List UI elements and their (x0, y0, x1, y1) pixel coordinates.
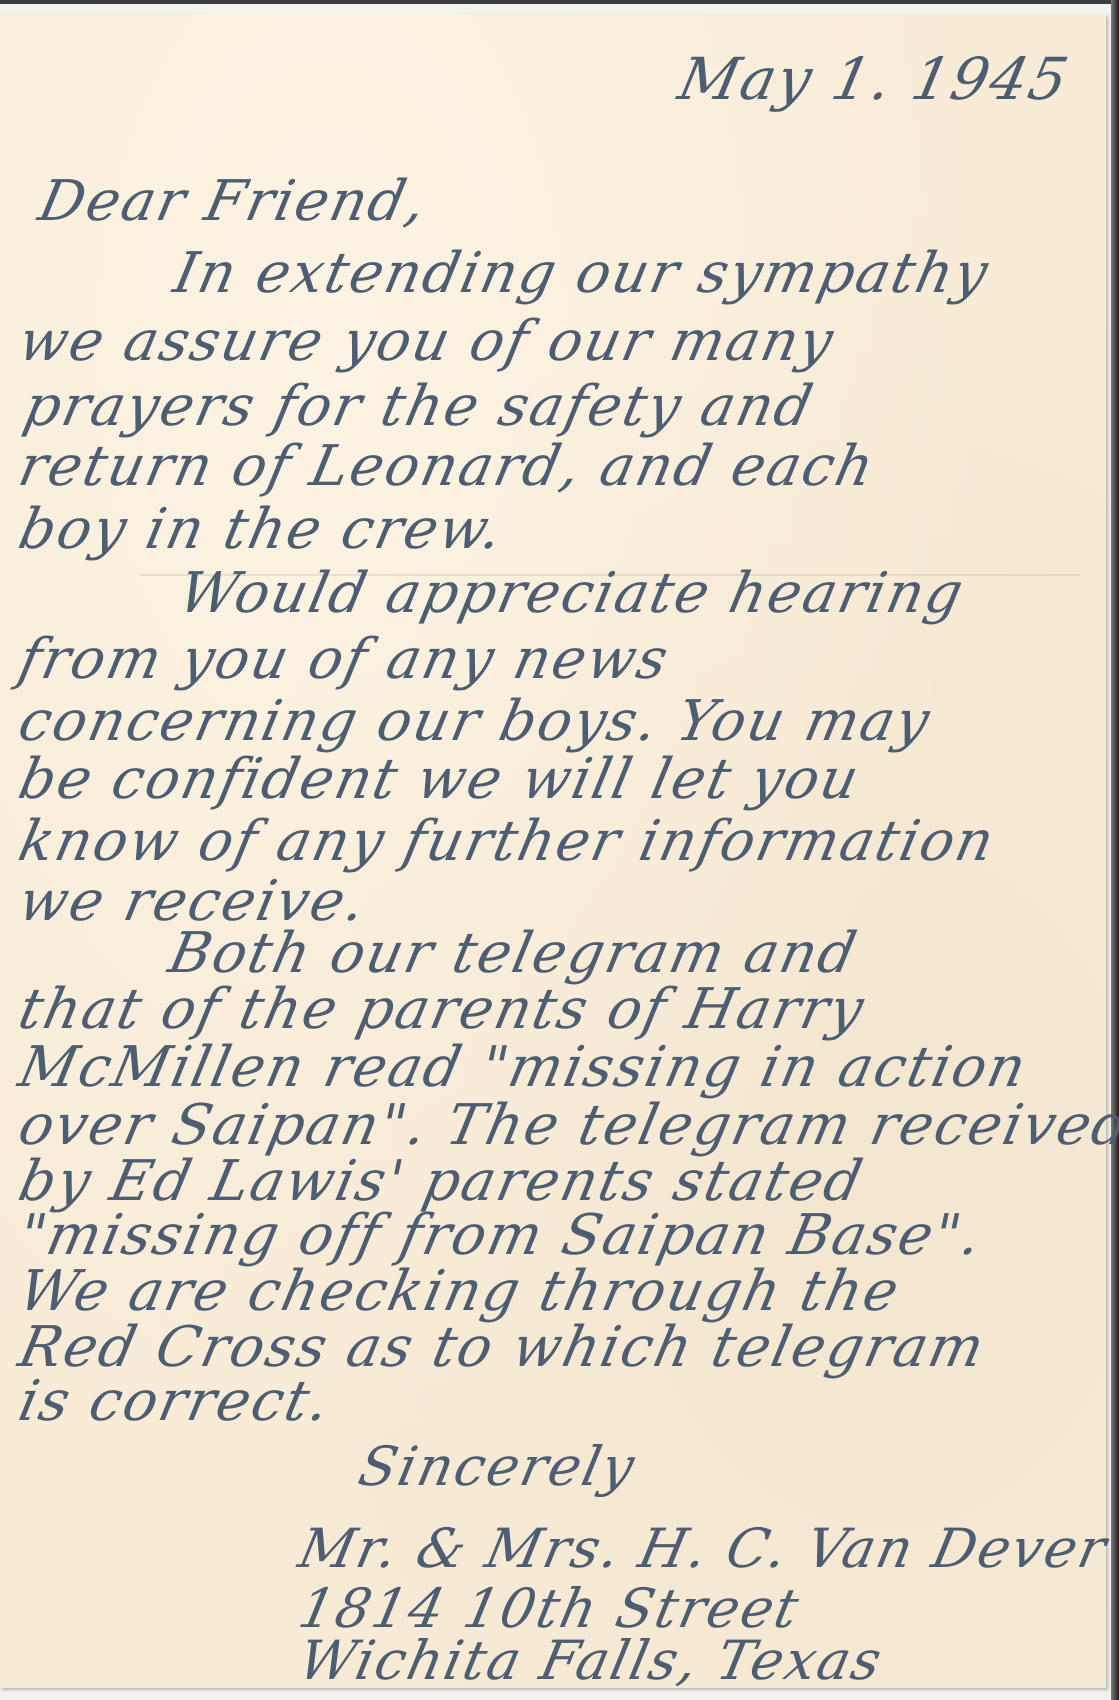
body-line: We are checking through the (14, 1264, 905, 1320)
body-line: be confident we will let you (14, 752, 865, 808)
body-line: Both our telegram and (164, 926, 862, 982)
address-street: 1814 10th Street (294, 1582, 805, 1636)
body-line: "missing off from Saipan Base". (14, 1208, 988, 1264)
body-line: concerning our boys. You may (14, 694, 936, 750)
body-line: boy in the crew. (14, 502, 509, 558)
body-line: from you of any news (14, 632, 674, 688)
closing: Sincerely (354, 1440, 640, 1494)
body-line: prayers for the safety and (19, 379, 819, 435)
body-line: we assure you of our many (14, 314, 839, 370)
address-city: Wichita Falls, Texas (294, 1634, 887, 1688)
body-line: return of Leonard, and each (14, 439, 880, 495)
letter-date: May 1. 1945 (674, 50, 1075, 108)
body-line: by Ed Lawis' parents stated (14, 1154, 868, 1210)
body-line: know of any further information (14, 814, 1000, 870)
body-line: is correct. (14, 1374, 336, 1430)
salutation: Dear Friend, (34, 174, 432, 230)
body-line: over Saipan". The telegram received (14, 1098, 1119, 1154)
scan-right-edge (1111, 0, 1119, 1700)
body-line: that of the parents of Harry (14, 982, 870, 1038)
scan-top-edge (0, 0, 1119, 4)
body-line: McMillen read "missing in action (14, 1040, 1032, 1096)
body-line: Would appreciate hearing (174, 566, 969, 622)
letter-page: May 1. 1945 Dear Friend, In extending ou… (0, 14, 1106, 1688)
body-line: Red Cross as to which telegram (14, 1320, 990, 1376)
signature: Mr. & Mrs. H. C. Van Dever (294, 1522, 1112, 1576)
body-line: In extending our sympathy (169, 246, 994, 302)
